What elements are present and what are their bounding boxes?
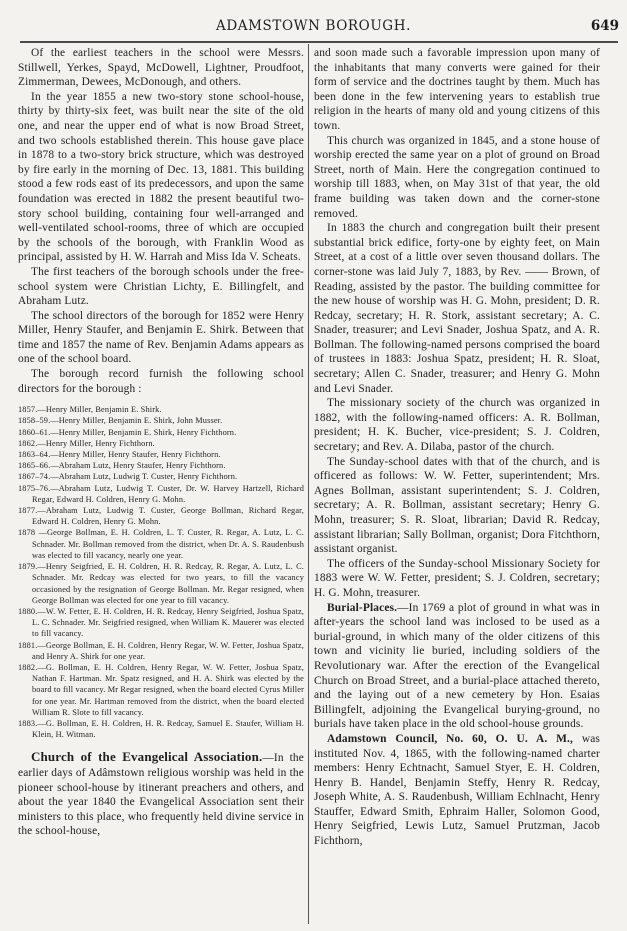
header-rule: [20, 41, 618, 43]
paragraph: Of the earliest teachers in the school w…: [18, 46, 304, 90]
list-item: 1867–74.—Abraham Lutz, Ludwig T. Custer,…: [18, 471, 304, 482]
paragraph: In 1883 the church and congregation buil…: [314, 221, 600, 396]
paragraph: The school directors of the borough for …: [18, 309, 304, 367]
list-item: 1883.—G. Bollman, E. H. Coldren, H. R. R…: [18, 718, 304, 740]
section-heading: Burial-Places.: [327, 602, 397, 614]
paragraph: In the year 1855 a new two-story stone s…: [18, 90, 304, 265]
column-divider: [308, 44, 309, 924]
running-title: ADAMSTOWN BOROUGH.: [0, 18, 627, 34]
paragraph: The borough record furnish the following…: [18, 367, 304, 396]
right-column: and soon made such a favorable impressio…: [314, 46, 600, 849]
paragraph: The missionary society of the church was…: [314, 396, 600, 454]
council-section: Adamstown Council, No. 60, O. U. A. M., …: [314, 732, 600, 849]
left-column: Of the earliest teachers in the school w…: [18, 46, 304, 839]
list-item: 1882.—G. Bollman, E. H. Coldren, Henry R…: [18, 662, 304, 718]
section-heading: Adamstown Council, No. 60, O. U. A. M.,: [327, 733, 573, 745]
church-section: Church of the Evangelical Association.—I…: [18, 750, 304, 839]
paragraph: and soon made such a favorable impressio…: [314, 46, 600, 134]
list-item: 1875–76.—Abraham Lutz, Ludwig T. Custer,…: [18, 483, 304, 505]
page-number: 649: [591, 18, 619, 34]
list-item: 1858–59.—Henry Miller, Benjamin E. Shirk…: [18, 415, 304, 426]
burial-section: Burial-Places.—In 1769 a plot of ground …: [314, 601, 600, 732]
paragraph: The officers of the Sunday-school Missio…: [314, 557, 600, 601]
section-heading: Church of the Evangelical Association.: [31, 749, 262, 764]
list-item: 1862.—Henry Miller, Henry Fichthorn.: [18, 438, 304, 449]
list-item: 1857.—Henry Miller, Benjamin E. Shirk.: [18, 404, 304, 415]
paragraph: This church was organized in 1845, and a…: [314, 134, 600, 222]
list-item: 1877.—Abraham Lutz, Ludwig T. Custer, Ge…: [18, 505, 304, 527]
list-item: 1863–64.—Henry Miller, Henry Staufer, He…: [18, 449, 304, 460]
paragraph: The first teachers of the borough school…: [18, 265, 304, 309]
list-item: 1881.—George Bollman, E. H. Coldren, Hen…: [18, 640, 304, 662]
list-item: 1879.—Henry Seigfried, E. H. Coldren, H.…: [18, 561, 304, 606]
paragraph: The Sunday-school dates with that of the…: [314, 455, 600, 557]
list-item: 1865–66.—Abraham Lutz, Henry Staufer, He…: [18, 460, 304, 471]
running-header: ADAMSTOWN BOROUGH. 649: [0, 14, 627, 34]
list-item: 1860–61.—Henry Miller, Benjamin E. Shirk…: [18, 427, 304, 438]
school-directors-list: 1857.—Henry Miller, Benjamin E. Shirk. 1…: [18, 404, 304, 740]
book-page: ADAMSTOWN BOROUGH. 649 Of the earliest t…: [0, 0, 627, 931]
list-item: 1878 —George Bollman, E. H. Coldren, L. …: [18, 527, 304, 561]
list-item: 1880.—W. W. Fetter, E. H. Coldren, H. R.…: [18, 606, 304, 640]
